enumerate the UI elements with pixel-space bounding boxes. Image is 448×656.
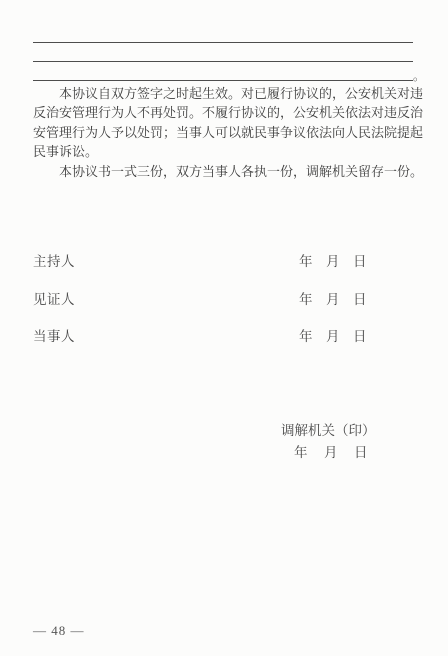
blank-line [33,24,428,43]
paragraph-effectiveness-clause: 本协议自双方签字之时起生效。对已履行协议的，公安机关对违反治安管理行为人不再处罚… [33,84,423,162]
moderator-label: 主持人 [33,254,75,270]
page-number: — 48 — [33,623,85,639]
party-label: 当事人 [33,329,75,345]
signature-row-party: 当事人 年 月 日 [0,329,448,345]
signature-row-moderator: 主持人 年 月 日 [0,254,448,270]
trailing-period: 。 [413,71,425,81]
blank-line-rule [33,80,413,81]
witness-date-slot: 年 月 日 [299,292,367,308]
blank-line: 。 [33,62,428,81]
blank-line-rule [33,61,413,62]
moderator-date-slot: 年 月 日 [299,254,367,270]
party-date-slot: 年 月 日 [299,329,367,345]
blank-line [33,43,428,62]
blank-writing-lines: 。 [33,24,428,81]
signature-row-witness: 见证人 年 月 日 [0,292,448,308]
paragraph-copies-clause: 本协议书一式三份，双方当事人各执一份，调解机关留存一份。 [33,162,423,181]
blank-line-rule [33,42,413,43]
scanned-document-page: 。 本协议自双方签字之时起生效。对已履行协议的，公安机关对违反治安管理行为人不再… [0,0,448,656]
seal-block: 调解机关（印） 年 月 日 [281,420,376,464]
agreement-body-text: 本协议自双方签字之时起生效。对已履行协议的，公安机关对违反治安管理行为人不再处罚… [33,84,423,181]
witness-label: 见证人 [33,292,75,308]
mediation-agency-seal-label: 调解机关（印） [281,420,376,442]
seal-date-slot: 年 月 日 [281,442,376,464]
